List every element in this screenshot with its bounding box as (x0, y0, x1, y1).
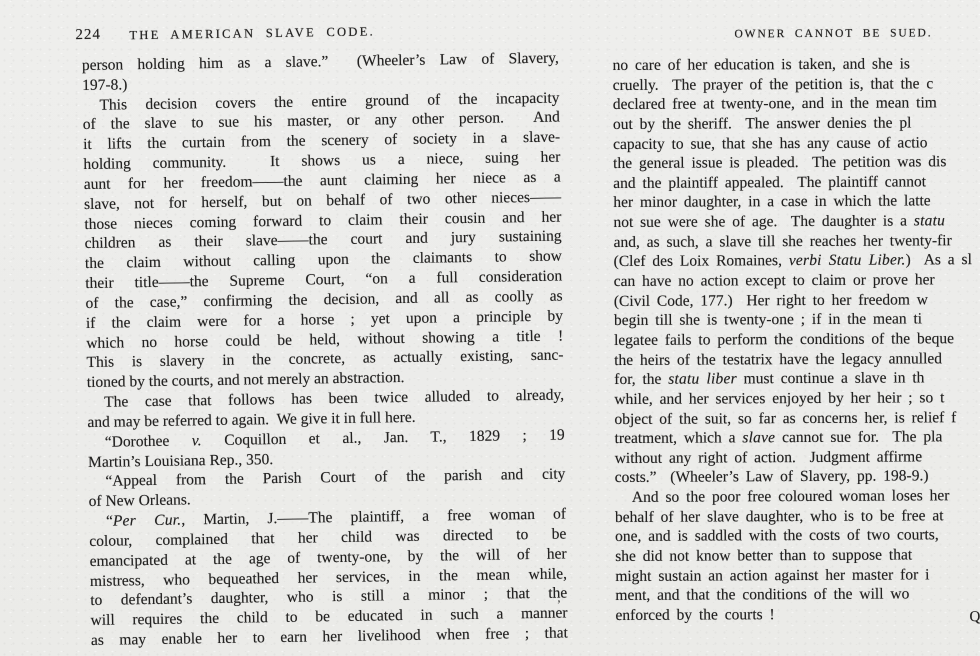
text-line: enforced by the courts ! (615, 603, 980, 625)
right-page: OWNER CANNOT BE SUED. no care of her edu… (612, 0, 980, 656)
right-running-head: OWNER CANNOT BE SUED. (734, 27, 932, 40)
text-line: (Clef des Loix Romaines, verbi Statu Lib… (614, 250, 980, 272)
ink-speck: , (557, 590, 561, 606)
page-number: 224 (75, 27, 101, 44)
text-line: one, and is saddled with the costs of tw… (615, 525, 980, 547)
text-line: And so the poor free coloured woman lose… (615, 486, 980, 508)
text-line: the general issue is pleaded. The petiti… (613, 152, 980, 174)
text-line: costs.” (Wheeler’s Law of Slavery, pp. 1… (615, 466, 980, 488)
left-page: 224 THE AMERICAN SLAVE CODE. person hold… (81, 0, 568, 656)
italic-text: v. (192, 432, 202, 449)
text-line: while, and her services enjoyed by her h… (614, 387, 980, 409)
italic-text: Per Cur. (113, 512, 182, 530)
text-line: her minor daughter, in a case in which t… (613, 191, 980, 213)
text-line: behalf of her slave daughter, who is to … (615, 505, 980, 527)
text-line: might sustain an action against her mast… (615, 564, 980, 586)
italic-text: statu liber (668, 371, 737, 388)
text-line: and the plaintiff appealed. The plaintif… (613, 171, 980, 193)
left-running-head: THE AMERICAN SLAVE CODE. (129, 24, 375, 43)
text-line: object of the suit, so far as concerns h… (614, 407, 980, 429)
right-running-head-row: OWNER CANNOT BE SUED. (612, 25, 980, 45)
book-scan: { "left_page": { "page_number": "224", "… (0, 0, 980, 656)
text-line: ment, and that the conditions of the wil… (615, 584, 980, 606)
text-line: declared free at twenty-one, and in the … (613, 93, 980, 115)
text-line: capacity to sue, that she has any cause … (613, 132, 980, 154)
italic-text: statu (914, 212, 945, 229)
text-line: without any right of action. Judgment af… (615, 446, 980, 468)
italic-text: slave (742, 429, 775, 446)
catchword: Q (969, 609, 980, 626)
italic-text: verbi Statu Liber. (789, 252, 906, 270)
text-line: the heirs of the testatrix have the lega… (614, 348, 980, 370)
text-line: for, the statu liber must continue a sla… (614, 368, 980, 390)
text-line: (Civil Code, 177.) Her right to her free… (614, 289, 980, 311)
text-line: begin till she is twenty-one ; if in the… (614, 309, 980, 331)
text-line: out by the sheriff. The answer denies th… (613, 112, 980, 134)
text-line: not sue were she of age. The daughter is… (613, 211, 980, 233)
left-text-column: person holding him as a slave.” (Wheeler… (82, 49, 568, 651)
text-line: and, as such, a slave till she reaches h… (614, 230, 980, 252)
left-running-head-row: 224 THE AMERICAN SLAVE CODE. (81, 20, 558, 45)
text-line: treatment, which a slave cannot sue for.… (615, 427, 980, 449)
text-line: legatee fails to perform the conditions … (614, 328, 980, 350)
text-line: can have no action except to claim or pr… (614, 270, 980, 292)
text-line: cruelly. The prayer of the petition is, … (613, 73, 980, 95)
text-line: she did not know better than to suppose … (615, 545, 980, 567)
right-text-column: no care of her education is taken, and s… (613, 54, 980, 626)
text-line: no care of her education is taken, and s… (613, 54, 980, 76)
